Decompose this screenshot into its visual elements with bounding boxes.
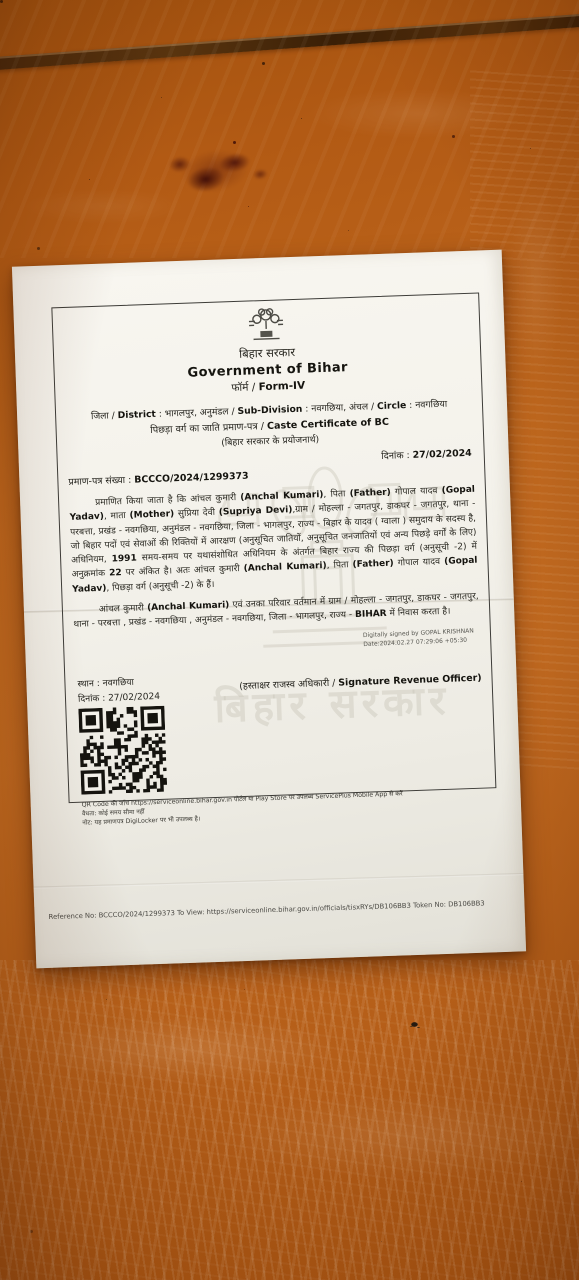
photo-of-caste-certificate: { "colors":{"table_orange":"#c0681e","ta… bbox=[0, 0, 579, 1280]
photo-vignette bbox=[0, 0, 579, 1280]
